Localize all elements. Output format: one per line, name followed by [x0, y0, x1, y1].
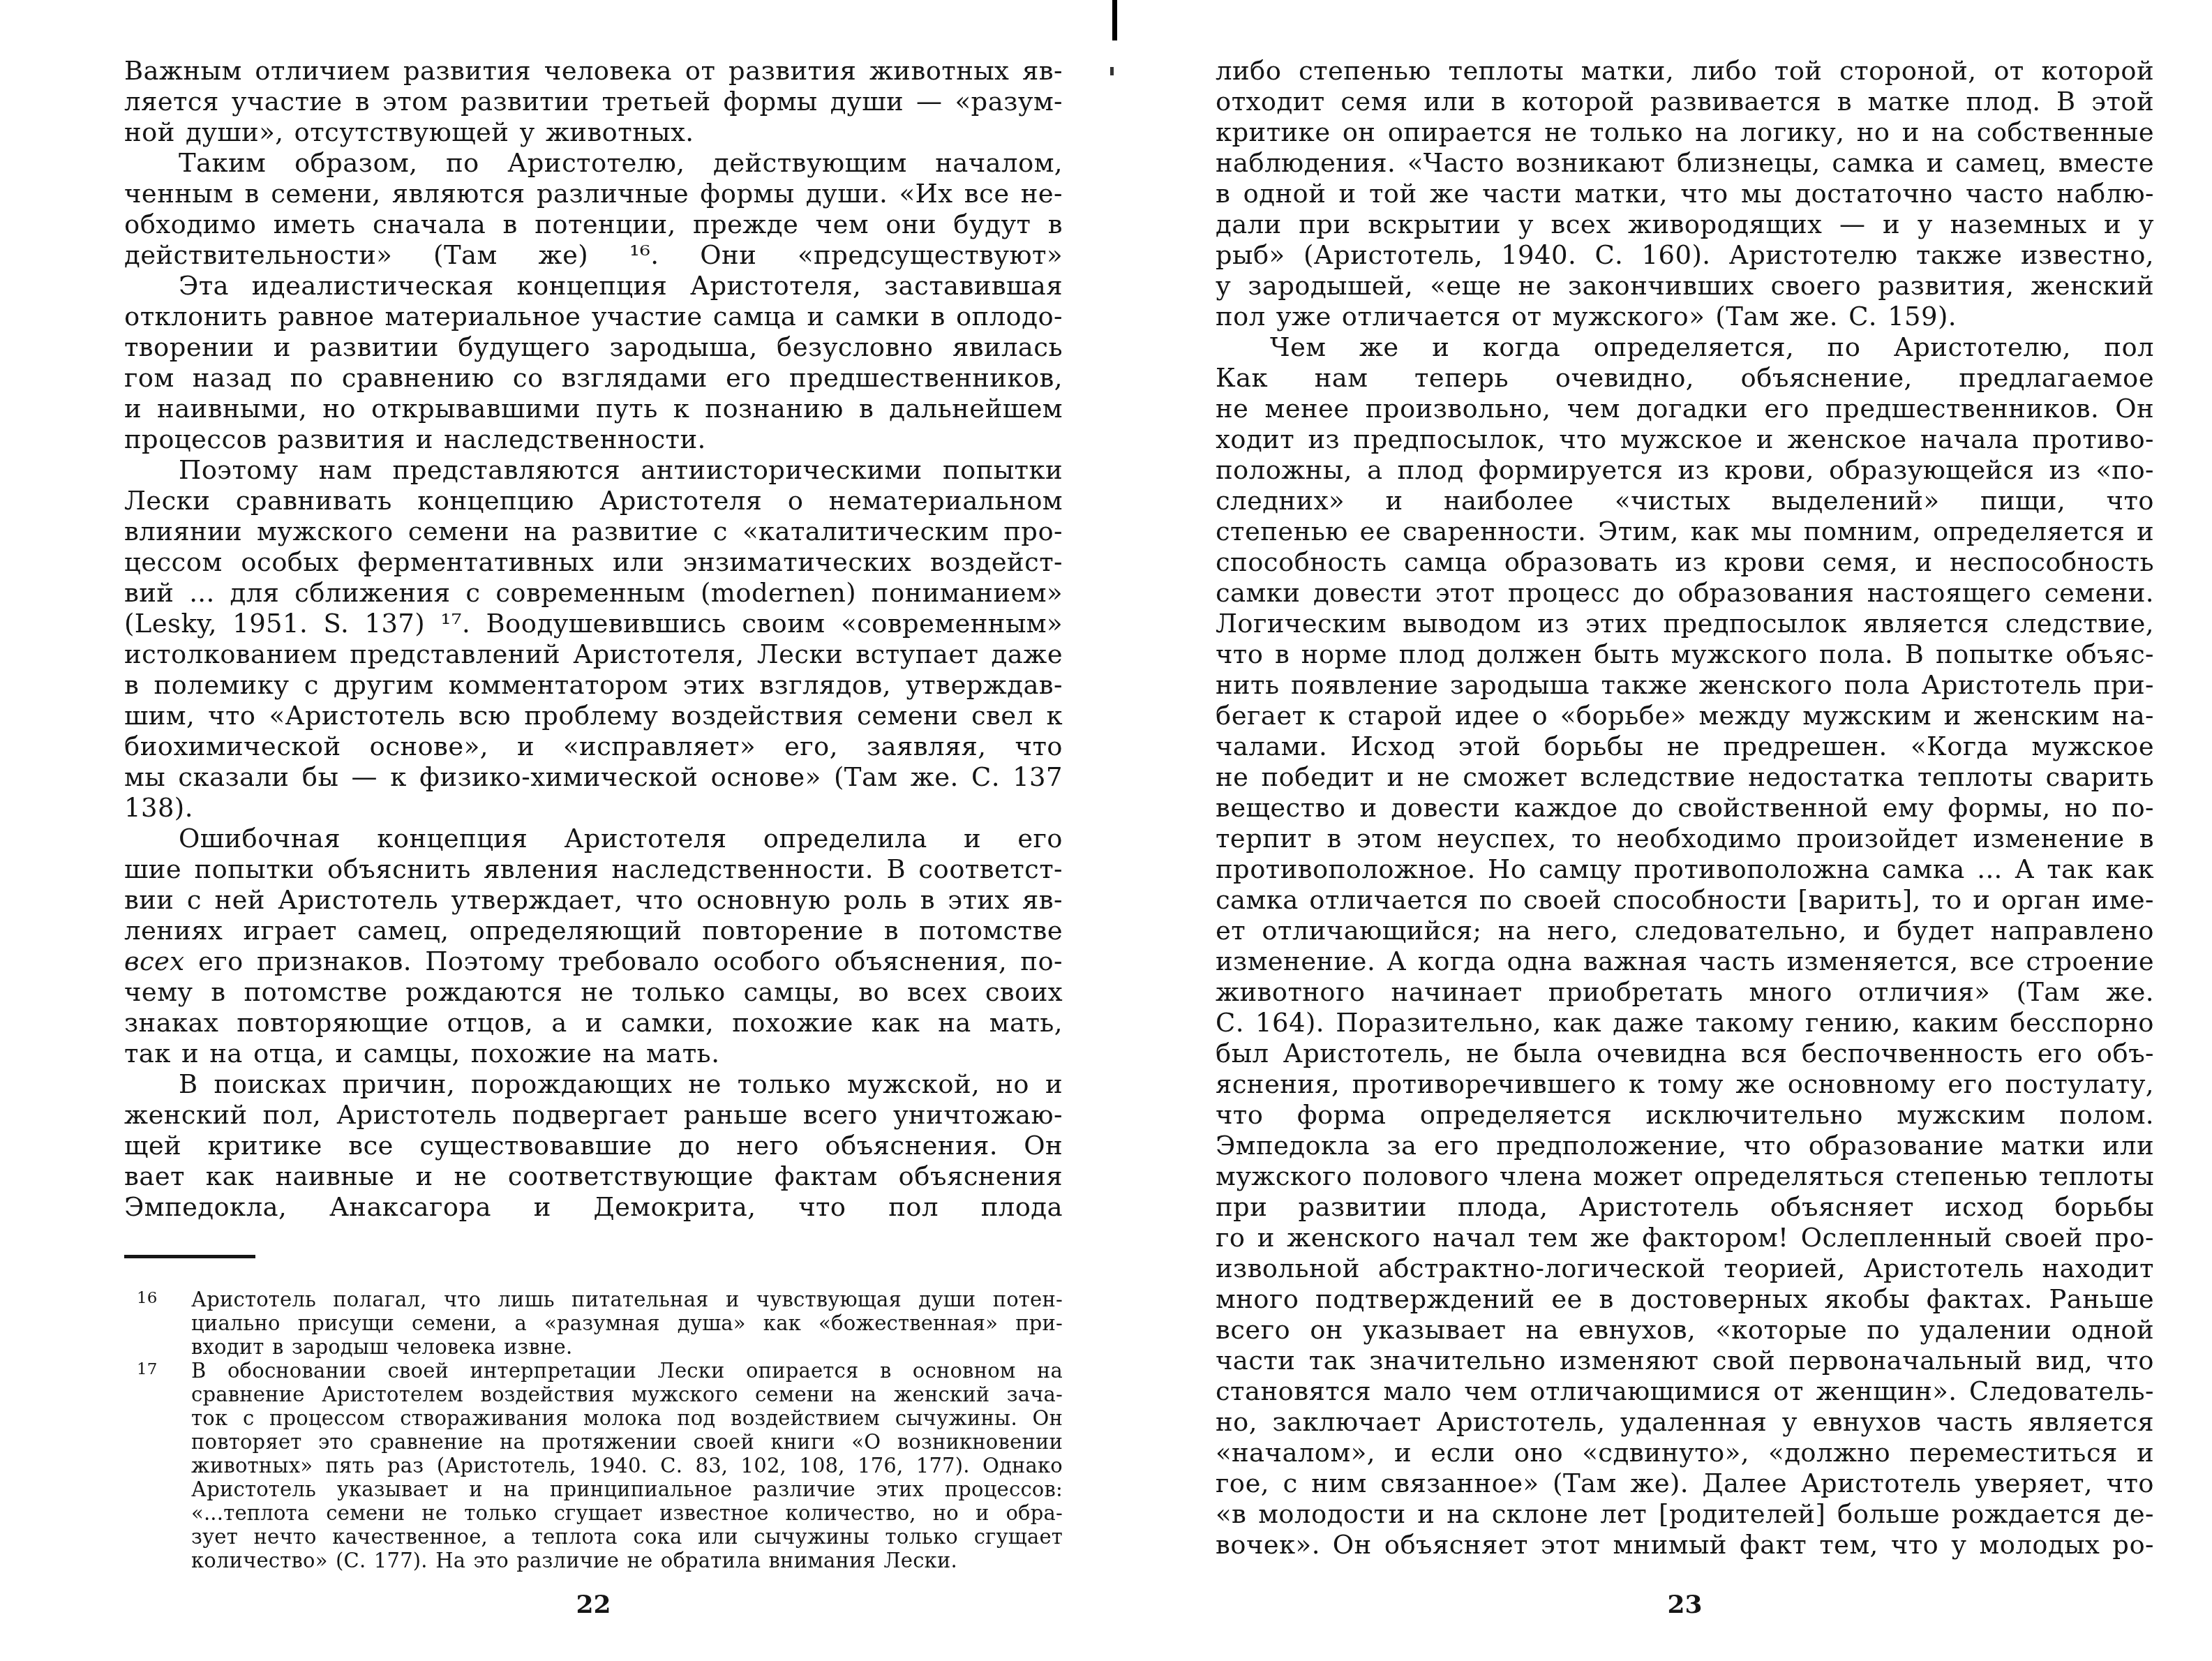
text-line: чему в потомстве рождаются не только сам… [124, 977, 1063, 1008]
footnote-marker: 16 [137, 1286, 157, 1310]
page-right-text-column: либо степенью теплоты матки, либо той ст… [1216, 56, 2154, 1561]
italic-text: всех [124, 946, 185, 976]
page-number-left: 22 [124, 1590, 1063, 1619]
page-number-right: 23 [1216, 1590, 2154, 1619]
text-line: лениях играет самец, определяющий повтор… [124, 916, 1063, 946]
scan-artifact-speck [1110, 67, 1114, 75]
text-line: и наивными, но открывавшими путь к позна… [124, 394, 1063, 424]
text-line: повторяет это сравнение на протяжении св… [191, 1430, 1063, 1454]
text-line: степенью ее сваренности. Этим, как мы по… [1216, 516, 2154, 547]
text-line: женский пол, Аристотель подвергает раньш… [124, 1100, 1063, 1131]
text-line: противоположное. Но самцу противоположна… [1216, 854, 2154, 885]
text-line: так и на отца, и самцы, похожие на мать. [124, 1038, 1063, 1069]
text-line: процессов развития и наследственности. [124, 424, 1063, 455]
text-line: яснения, противоречившего к тому же осно… [1216, 1069, 2154, 1100]
text-line: ток с процессом створаживания молока под… [191, 1406, 1063, 1430]
text-line: рыб» (Аристотель, 1940. С. 160). Аристот… [1216, 240, 2154, 271]
text-line: в одной и той же части матки, что мы дос… [1216, 179, 2154, 209]
text-line: вает как наивные и не соответствующие фа… [124, 1161, 1063, 1192]
text-line: пол уже отличается от мужского» (Там же.… [1216, 301, 2154, 332]
text-line: В обосновании своей интерпретации Лески … [191, 1359, 1063, 1383]
paragraph: Ошибочная концепция Аристотеля определил… [124, 824, 1063, 1069]
text-line: циально присущи семени, а «разумная душа… [191, 1311, 1063, 1335]
text-line: самка отличается по своей способности [в… [1216, 885, 2154, 916]
text-line: Чем же и когда определяется, по Аристоте… [1216, 332, 2154, 363]
text-line: шие попытки объяснить явления наследстве… [124, 854, 1063, 885]
footnote-marker: 17 [137, 1357, 157, 1381]
footnote: 17В обосновании своей интерпретации Леск… [124, 1359, 1063, 1572]
paragraph: В поисках причин, порождающих не только … [124, 1069, 1063, 1223]
text-line: Эмпедокла за его предположение, что обра… [1216, 1131, 2154, 1161]
page-left: Важным отличием развития человека от раз… [124, 56, 1063, 1661]
text-line: что в норме плод должен быть мужского по… [1216, 639, 2154, 670]
text-line: биохимической основе», и «исправляет» ег… [124, 731, 1063, 762]
text-line: при развитии плода, Аристотель объясняет… [1216, 1192, 2154, 1223]
text-line: ляется участие в этом развитии третьей ф… [124, 87, 1063, 117]
text-line: Важным отличием развития человека от раз… [124, 56, 1063, 87]
text-line: знаках повторяющие отцов, а и самки, пох… [124, 1008, 1063, 1038]
text-line: ет отличающийся; на него, следовательно,… [1216, 916, 2154, 946]
paragraph: Чем же и когда определяется, по Аристоте… [1216, 332, 2154, 1561]
text-line: дали при вскрытии у всех живородящих — и… [1216, 209, 2154, 240]
text-line: чалами. Исход этой борьбы не предрешен. … [1216, 731, 2154, 762]
text-line: сравнение Аристотелем воздействия мужско… [191, 1383, 1063, 1406]
text-line: цессом особых ферментативных или энзимат… [124, 547, 1063, 578]
text-line: щей критике все существовавшие до него о… [124, 1131, 1063, 1161]
footnote-separator [124, 1255, 255, 1258]
paragraph: Важным отличием развития человека от раз… [124, 56, 1063, 148]
page-left-text-column: Важным отличием развития человека от раз… [124, 56, 1063, 1223]
text-line: был Аристотель, не была очевидна вся бес… [1216, 1038, 2154, 1069]
text-line: положны, а плод формируется из крови, об… [1216, 455, 2154, 486]
text-line: С. 164). Поразительно, как даже такому г… [1216, 1008, 2154, 1038]
text-line: извольной абстрактно-логической теорией,… [1216, 1253, 2154, 1284]
text-line: способность самца образовать из крови се… [1216, 547, 2154, 578]
text-line: бегает к старой идее о «борьбе» между му… [1216, 701, 2154, 731]
text-line: терпит в этом неуспех, то необходимо про… [1216, 824, 2154, 854]
text-line: гом назад по сравнению со взглядами его … [124, 363, 1063, 394]
text-line: животных» пять раз (Аристотель, 1940. С.… [191, 1454, 1063, 1477]
text-line: творении и развитии будущего зародыша, б… [124, 332, 1063, 363]
text-line: у зародышей, «еще не закончивших своего … [1216, 271, 2154, 301]
paragraph: Эта идеалистическая концепция Аристотеля… [124, 271, 1063, 455]
text-line: (Lesky, 1951. S. 137) ¹⁷. Воодушевившись… [124, 609, 1063, 639]
text-segment: его признаков. Поэтому требовало особого… [185, 946, 1063, 976]
text-line: обходимо иметь сначала в потенции, прежд… [124, 209, 1063, 240]
scan-artifact-spine-mark [1112, 0, 1117, 40]
text-line: не менее произвольно, чем догадки его пр… [1216, 394, 2154, 424]
text-line: следних» и наиболее «чистых выделений» п… [1216, 486, 2154, 516]
text-line: не победит и не сможет вследствие недост… [1216, 762, 2154, 793]
text-line: вочек». Он объясняет этот мнимый факт те… [1216, 1530, 2154, 1561]
text-line: изменение. А когда одна важная часть изм… [1216, 946, 2154, 977]
book-spread: { "document": { "language": "ru", "pages… [0, 0, 2212, 1661]
text-line: что форма определяется исключительно муж… [1216, 1100, 2154, 1131]
text-line: Таким образом, по Аристотелю, действующи… [124, 148, 1063, 179]
text-line: действительности» (Там же) ¹⁶. Они «пред… [124, 240, 1063, 271]
text-line: Логическим выводом из этих предпосылок я… [1216, 609, 2154, 639]
text-line: отклонить равное материальное участие са… [124, 301, 1063, 332]
text-line: Эмпедокла, Анаксагора и Демокрита, что п… [124, 1192, 1063, 1223]
text-line: 138). [124, 793, 1063, 824]
text-line: Как нам теперь очевидно, объяснение, пре… [1216, 363, 2154, 394]
text-line: Ошибочная концепция Аристотеля определил… [124, 824, 1063, 854]
text-line: мужского полового члена может определять… [1216, 1161, 2154, 1192]
text-line: ходит из предпосылок, что мужское и женс… [1216, 424, 2154, 455]
text-line: части так значительно изменяют свой перв… [1216, 1346, 2154, 1376]
text-line: но, заключает Аристотель, удаленная у ев… [1216, 1407, 2154, 1438]
text-line: входит в зародыш человека извне. [191, 1335, 1063, 1359]
paragraph: либо степенью теплоты матки, либо той ст… [1216, 56, 2154, 332]
text-line: Аристотель полагал, что лишь питательная… [191, 1288, 1063, 1311]
text-line: становятся мало чем отличающимися от жен… [1216, 1376, 2154, 1407]
text-line: В поисках причин, порождающих не только … [124, 1069, 1063, 1100]
text-line: шим, что «Аристотель всю проблему воздей… [124, 701, 1063, 731]
text-line: Лески сравнивать концепцию Аристотеля о … [124, 486, 1063, 516]
text-line: всего он указывает на евнухов, «которые … [1216, 1315, 2154, 1346]
paragraph: Поэтому нам представляются антиисторичес… [124, 455, 1063, 824]
text-line: вии с ней Аристотель утверждает, что осн… [124, 885, 1063, 916]
page-right: либо степенью теплоты матки, либо той ст… [1216, 56, 2154, 1661]
text-line: либо степенью теплоты матки, либо той ст… [1216, 56, 2154, 87]
text-line: го и женского начал тем же фактором! Осл… [1216, 1223, 2154, 1253]
text-line: вещество и довести каждое до свойственно… [1216, 793, 2154, 824]
text-line: нить появление зародыша также женского п… [1216, 670, 2154, 701]
text-line: «...теплота семени не только сгущает изв… [191, 1501, 1063, 1525]
paragraph: Таким образом, по Аристотелю, действующи… [124, 148, 1063, 271]
text-line: истолкованием представлений Аристотеля, … [124, 639, 1063, 670]
text-line: мы сказали бы — к физико-химической осно… [124, 762, 1063, 793]
text-line: много подтверждений ее в достоверных яко… [1216, 1284, 2154, 1315]
text-line: вий ... для сближения с современным (mod… [124, 578, 1063, 609]
text-line: самки довести этот процесс до образовани… [1216, 578, 2154, 609]
text-line: животного начинает приобретать много отл… [1216, 977, 2154, 1008]
text-line: критике он опирается не только на логику… [1216, 117, 2154, 148]
text-line: в полемику с другим комментатором этих в… [124, 670, 1063, 701]
page-left-footnote-area: 16Аристотель полагал, что лишь питательн… [124, 1255, 1063, 1572]
text-line: «в молодости и на склоне лет [родителей]… [1216, 1499, 2154, 1530]
text-line: Эта идеалистическая концепция Аристотеля… [124, 271, 1063, 301]
text-line: Поэтому нам представляются антиисторичес… [124, 455, 1063, 486]
text-line: гое, с ним связанное» (Там же). Далее Ар… [1216, 1468, 2154, 1499]
text-line: ной души», отсутствующей у животных. [124, 117, 1063, 148]
text-line: Аристотель указывает и на принципиальное… [191, 1477, 1063, 1501]
text-line: «началом», и если оно «сдвинуто», «должн… [1216, 1438, 2154, 1468]
text-line: влиянии мужского семени на развитие с «к… [124, 516, 1063, 547]
text-line: всех его признаков. Поэтому требовало ос… [124, 946, 1063, 977]
text-line: количество» (С. 177). На это различие не… [191, 1549, 1063, 1572]
text-line: наблюдения. «Часто возникают близнецы, с… [1216, 148, 2154, 179]
text-line: ченным в семени, являются различные форм… [124, 179, 1063, 209]
footnote: 16Аристотель полагал, что лишь питательн… [124, 1288, 1063, 1359]
text-line: зует нечто качественное, а теплота сока … [191, 1525, 1063, 1549]
text-line: отходит семя или в которой развивается в… [1216, 87, 2154, 117]
